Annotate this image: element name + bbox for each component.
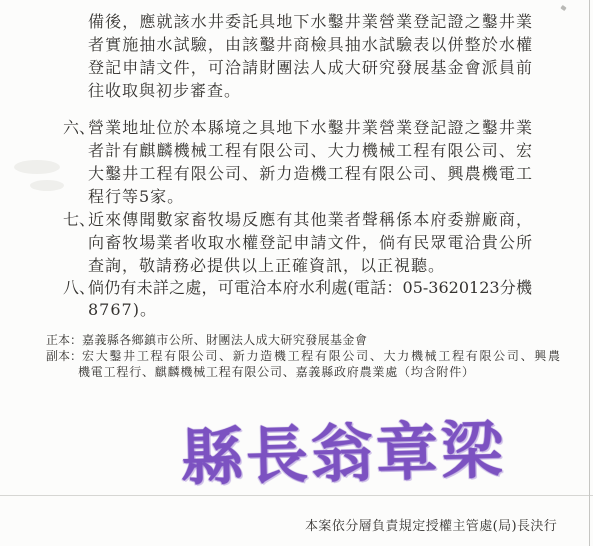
footer-divider-line — [0, 495, 593, 496]
body-line: 往收取與初步審查。 — [88, 81, 532, 100]
copy-recipients-value-line1: 宏大鑿井工程有限公司、新力造機工程有限公司、大力機械工程有限公司、興農 — [82, 349, 560, 364]
body-line: 程行等5家。 — [88, 187, 532, 206]
page-edge-line — [589, 0, 590, 546]
original-recipients-value: 嘉義縣各鄉鎮市公所、財團法人成大研究發展基金會 — [82, 333, 367, 348]
body-line: 登記申請文件，可洽請財團法人成大研究發展基金會派員前 — [88, 58, 532, 77]
body-line: 營業地址位於本縣境之具地下水鑿井業營業登記證之鑿井業 — [88, 118, 532, 137]
copy-recipients-row: 副本： 宏大鑿井工程有限公司、新力造機工程有限公司、大力機械工程有限公司、興農 — [46, 349, 560, 364]
body-line: 近來傳聞數家畜牧場反應有其他業者聲稱係本府委辦廠商， — [88, 210, 532, 229]
body-line: 查詢，敬請務必提供以上正確資訊，以正視聽。 — [88, 256, 532, 275]
body-line: 向畜牧場業者收取水權登記申請文件，倘有民眾電洽貴公所 — [88, 233, 532, 252]
original-recipients-row: 正本： 嘉義縣各鄉鎮市公所、財團法人成大研究發展基金會 — [46, 333, 367, 348]
body-line: 者計有麒麟機械工程有限公司、大力機械工程有限公司、宏 — [88, 141, 532, 160]
original-recipients-label: 正本： — [46, 333, 82, 348]
copy-recipients-label: 副本： — [46, 349, 82, 364]
scan-smudge — [30, 180, 64, 191]
body-line: 大鑿井工程有限公司、新力造機工程有限公司、興農機電工 — [88, 164, 532, 183]
body-line: 者實施抽水試驗，由該鑿井商檢具抽水試驗表以併整於水權 — [88, 35, 532, 54]
body-line: 倘仍有未詳之處，可電洽本府水利處(電話：05-3620123分機 — [88, 278, 532, 297]
body-line: 備後，應就該水井委託具地下水鑿井業營業登記證之鑿井業 — [88, 12, 532, 31]
scan-smudge — [14, 160, 60, 174]
scanned-letter-page: 備後，應就該水井委託具地下水鑿井業營業登記證之鑿井業 者實施抽水試驗，由該鑿井商… — [0, 0, 593, 546]
authorization-note: 本案依分層負責規定授權主管處(局)長決行 — [305, 519, 557, 535]
scan-speck — [560, 5, 566, 11]
body-line: 8767)。 — [88, 300, 532, 319]
county-magistrate-signature-stamp: 縣長翁章梁 — [180, 398, 518, 510]
copy-recipients-value-line2: 機電工程行、麒麟機械工程有限公司、嘉義縣政府農業處（均含附件） — [78, 365, 475, 380]
